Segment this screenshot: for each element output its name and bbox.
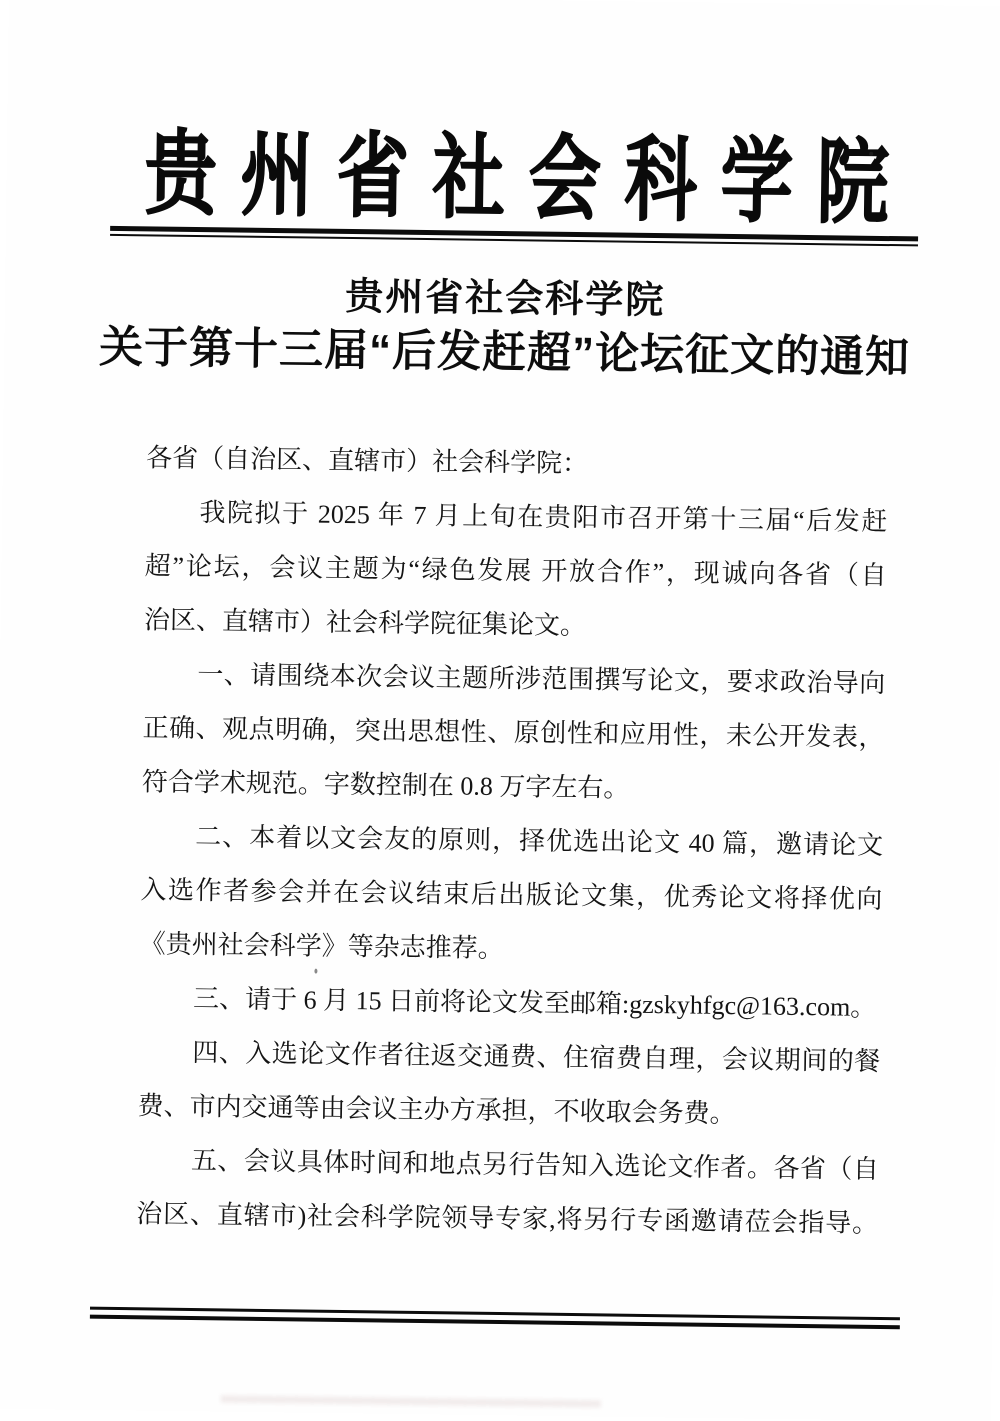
body-line: 费、市内交通等由会议主办方承担，不收取会务费。 xyxy=(137,1079,880,1143)
notice-title-line1: 贵州省社会科学院 xyxy=(5,270,1000,327)
notice-title: 贵州省社会科学院 关于第十三届“后发赶超”论坛征文的通知 xyxy=(4,270,1000,385)
scan-speck xyxy=(694,1170,697,1173)
body-line: 二、本着以文会友的原则，择优选出论文 40 篇，邀请论文 xyxy=(141,809,884,873)
org-masthead: 贵州省社会科学院 xyxy=(144,123,889,235)
body-line: 治区、直辖市）社会科学院征集论文。 xyxy=(144,593,887,657)
body-line: 各省（自治区、直辖市）社会科学院： xyxy=(146,431,889,495)
notice-title-line2: 关于第十三届“后发赶超”论坛征文的通知 xyxy=(4,320,1000,385)
body-line: 五、会议具体时间和地点另行告知入选论文作者。各省（自 xyxy=(137,1133,880,1197)
body-line: 治区、直辖市)社会科学院领导专家,将另行专函邀请莅会指导。 xyxy=(136,1187,879,1251)
scan-speck xyxy=(314,969,317,974)
body-line: 正确、观点明确，突出思想性、原创性和应用性，未公开发表， xyxy=(142,701,885,765)
scan-speck xyxy=(869,152,873,156)
footer-divider xyxy=(90,1307,900,1330)
body-line: 我院拟于 2025 年 7 月上旬在贵阳市召开第十三届“后发赶 xyxy=(145,485,888,549)
body-line: 超”论坛，会议主题为“绿色发展 开放合作”，现诚向各省（自 xyxy=(144,539,887,603)
scan-speck xyxy=(546,627,549,630)
body-line: 入选作者参会并在会议结束后出版论文集，优秀论文将择优向 xyxy=(140,863,883,927)
body-line: 四、入选论文作者往返交通费、住宿费自理，会议期间的餐 xyxy=(138,1025,881,1089)
document-sheet: 贵州省社会科学院 贵州省社会科学院 关于第十三届“后发赶超”论坛征文的通知 各省… xyxy=(0,0,1000,1415)
body-line: 《贵州社会科学》等杂志推荐。 xyxy=(139,917,882,981)
body-line: 符合学术规范。字数控制在 0.8 万字左右。 xyxy=(142,755,885,819)
body-line: 一、请围绕本次会议主题所涉范围撰写论文，要求政治导向 xyxy=(143,647,886,711)
notice-body: 各省（自治区、直辖市）社会科学院： 我院拟于 2025 年 7 月上旬在贵阳市召… xyxy=(136,431,889,1251)
body-line: 三、请于 6 月 15 日前将论文发至邮箱:gzskyhfgc@163.com。 xyxy=(139,971,882,1035)
scan-smudge xyxy=(221,1395,601,1407)
